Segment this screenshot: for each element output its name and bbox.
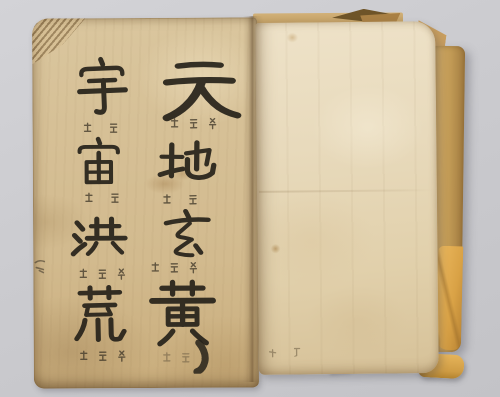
hangul-gloss-left-3 [80,350,126,362]
hangul-gloss-left-1 [85,192,119,204]
hanja-char-left-1 [70,136,128,192]
hangul-gloss-left-0 [84,122,118,134]
hangul-gloss-left-2 [79,268,125,280]
hanja-char-left-3 [62,283,135,351]
left-page [32,17,259,388]
tiny-ink-mark [293,346,302,356]
hangul-gloss-right-0 [171,118,217,130]
hanja-char-left-2 [66,208,130,268]
margin-scribble [33,259,47,275]
hanja-char-right-1 [153,131,220,192]
page-crease [259,189,433,193]
hangul-gloss-right-1 [163,194,197,206]
hangul-gloss-right-2 [151,262,197,274]
hanja-char-right-2 [155,207,219,265]
hanja-char-right-0 [155,53,243,121]
paper-stain [269,243,281,255]
tiny-ink-mark [269,349,278,359]
hanja-char-left-0 [70,55,135,121]
hangul-gloss-right-3 [163,352,209,364]
photo-background [0,0,500,397]
right-page [255,21,439,375]
hanja-char-right-3 [144,278,220,352]
